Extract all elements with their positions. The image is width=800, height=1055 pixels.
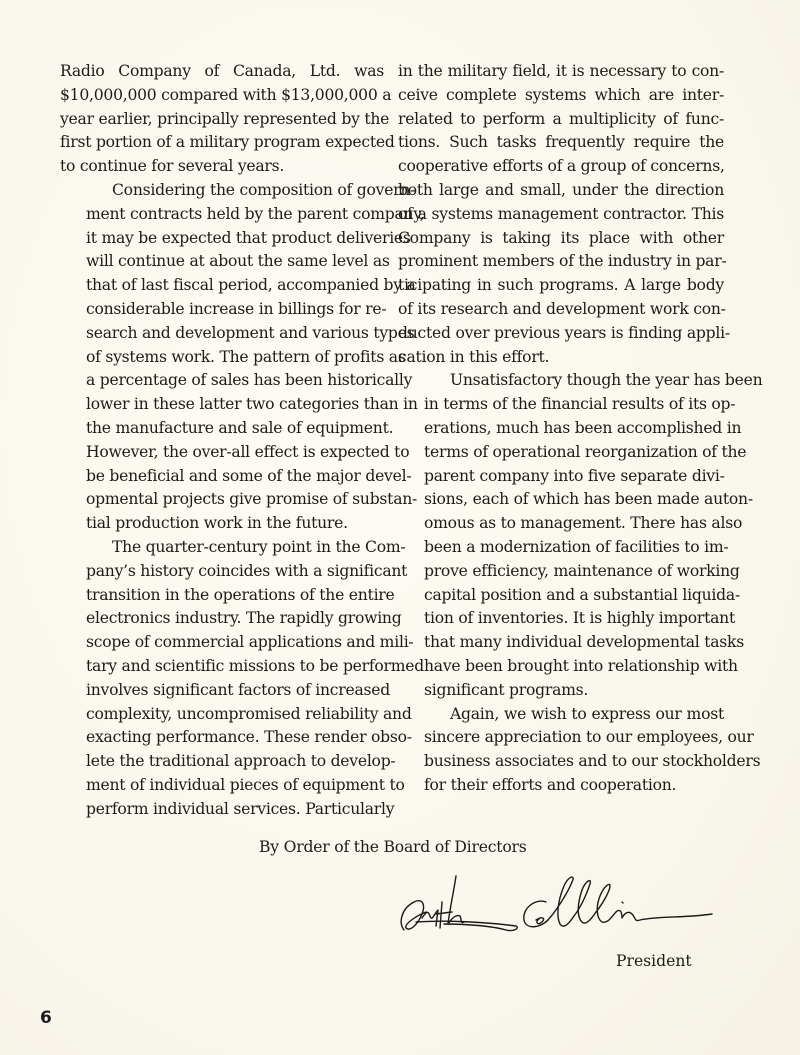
text-line: involves significant factors of increase… [60,679,384,703]
text-line: ceive complete systems which are inter- [398,84,724,108]
text-line: be beneficial and some of the major deve… [60,465,384,489]
text-line: that of last fiscal period, accompanied … [60,274,384,298]
text-line: it may be expected that product deliveri… [60,227,384,251]
text-line: considerable increase in billings for re… [60,298,384,322]
text-line: The quarter-century point in the Com- [60,536,384,560]
document-page: Radio Company of Canada, Ltd. was$10,000… [0,0,800,1055]
signature-icon [396,872,726,944]
text-line: prominent members of the industry in par… [398,250,724,274]
text-line: terms of operational reorganization of t… [398,441,724,465]
text-line: year earlier, principally represented by… [60,108,384,132]
text-line: to continue for several years. [60,155,384,179]
text-line: ticipating in such programs. A large bod… [398,274,724,298]
text-line: ment contracts held by the parent compan… [60,203,384,227]
text-line: Radio Company of Canada, Ltd. was [60,60,384,84]
text-line: perform individual services. Particularl… [60,798,384,822]
paragraph: The quarter-century point in the Com-pan… [60,536,384,822]
text-line: However, the over-all effect is expected… [60,441,384,465]
text-line: Considering the composition of govern- [60,179,384,203]
text-line: for their efforts and cooperation. [398,774,724,798]
paragraph: Again, we wish to express our mostsincer… [398,703,724,798]
paragraph: in the military field, it is necessary t… [398,60,724,369]
text-line: a percentage of sales has been historica… [60,369,384,393]
text-line: pany’s history coincides with a signific… [60,560,384,584]
text-line: in the military field, it is necessary t… [398,60,724,84]
text-line: prove efficiency, maintenance of working [398,560,724,584]
text-line: ducted over previous years is finding ap… [398,322,724,346]
right-text-column: in the military field, it is necessary t… [398,60,724,798]
text-line: scope of commercial applications and mil… [60,631,384,655]
text-line: of its research and development work con… [398,298,724,322]
text-line: tions. Such tasks frequently require the [398,131,724,155]
paragraph: Unsatisfactory though the year has beeni… [398,369,724,702]
text-line: sions, each of which has been made auton… [398,488,724,512]
text-line: Unsatisfactory though the year has been [398,369,724,393]
text-line: lete the traditional approach to develop… [60,750,384,774]
text-line: capital position and a substantial liqui… [398,584,724,608]
text-line: significant programs. [398,679,724,703]
text-line: electronics industry. The rapidly growin… [60,607,384,631]
text-line: cation in this effort. [398,346,724,370]
text-line: sincere appreciation to our employees, o… [398,726,724,750]
text-line: have been brought into relationship with [398,655,724,679]
text-line: that many individual developmental tasks [398,631,724,655]
text-line: transition in the operations of the enti… [60,584,384,608]
text-line: Again, we wish to express our most [398,703,724,727]
text-line: parent company into five separate divi- [398,465,724,489]
text-line: Company is taking its place with other [398,227,724,251]
text-line: of a systems management contractor. This [398,203,724,227]
text-line: in terms of the financial results of its… [398,393,724,417]
text-line: erations, much has been accomplished in [398,417,724,441]
text-line: omous as to management. There has also [398,512,724,536]
text-line: complexity, uncompromised reliability an… [60,703,384,727]
text-line: $10,000,000 compared with $13,000,000 a [60,84,384,108]
page-number: 6 [40,1008,52,1028]
text-line: tary and scientific missions to be perfo… [60,655,384,679]
text-line: been a modernization of facilities to im… [398,536,724,560]
left-text-column: Radio Company of Canada, Ltd. was$10,000… [60,60,384,822]
text-line: ment of individual pieces of equipment t… [60,774,384,798]
text-line: lower in these latter two categories tha… [60,393,384,417]
text-line: tion of inventories. It is highly import… [398,607,724,631]
closing-line: By Order of the Board of Directors [259,836,527,858]
text-line: search and development and various types [60,322,384,346]
text-line: both large and small, under the directio… [398,179,724,203]
text-line: business associates and to our stockhold… [398,750,724,774]
text-line: first portion of a military program expe… [60,131,384,155]
text-line: cooperative efforts of a group of concer… [398,155,724,179]
paragraph: Considering the composition of govern-me… [60,179,384,536]
text-line: tial production work in the future. [60,512,384,536]
text-line: related to perform a multiplicity of fun… [398,108,724,132]
text-line: opmental projects give promise of substa… [60,488,384,512]
signatory-title: President [616,950,692,972]
text-line: the manufacture and sale of equipment. [60,417,384,441]
text-line: exacting performance. These render obso- [60,726,384,750]
text-line: will continue at about the same level as [60,250,384,274]
text-line: of systems work. The pattern of profits … [60,346,384,370]
paragraph: Radio Company of Canada, Ltd. was$10,000… [60,60,384,179]
